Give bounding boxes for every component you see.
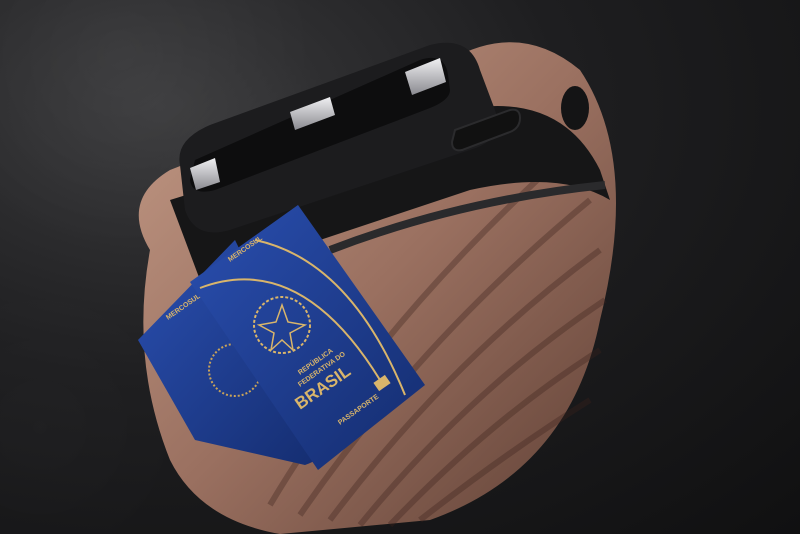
photo-scene: MERCOSUL MERCOSUL REPÚBLICA FEDERATIVA D… <box>0 0 800 534</box>
illustration: MERCOSUL MERCOSUL REPÚBLICA FEDERATIVA D… <box>0 0 800 534</box>
